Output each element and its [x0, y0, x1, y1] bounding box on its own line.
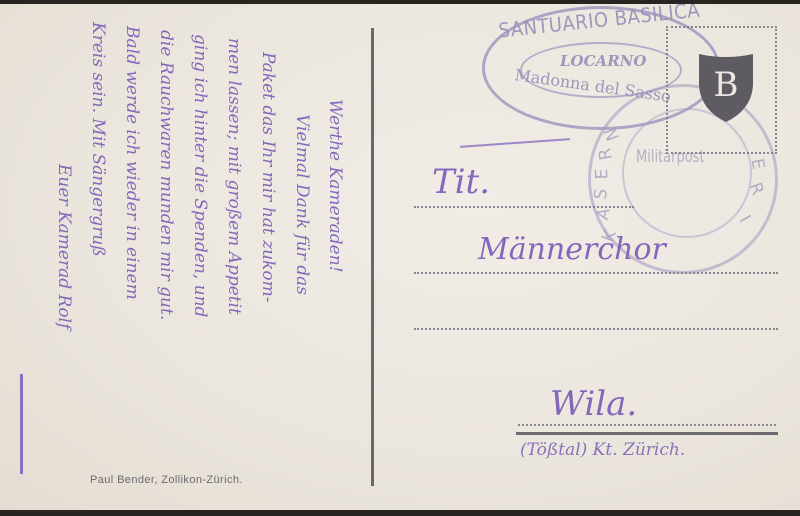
- postmark-letter: S: [591, 188, 612, 200]
- address-town: Wila.: [550, 384, 637, 424]
- address-title: Tit.: [432, 162, 490, 202]
- postmark-center-text: LOCARNO: [560, 52, 646, 70]
- address-region: (Tößtal) Kt. Zürich.: [520, 440, 685, 460]
- shield-logo-icon: B: [697, 52, 755, 124]
- address-underline: [516, 432, 778, 435]
- signature-underline: [20, 374, 23, 474]
- message-line: Euer Kamerad Rolf: [54, 164, 74, 329]
- message-line: ging ich hinter die Spenden, und: [190, 34, 210, 317]
- address-recipient: Männerchor: [478, 232, 666, 267]
- message-line: Bald werde ich wieder in einem: [122, 26, 142, 300]
- postcard: Werthe Kameraden! Vielmal Dank für das P…: [0, 4, 800, 510]
- address-line-4: [518, 424, 776, 426]
- address-line-3: [414, 328, 778, 330]
- message-line: men lassen; mit großem Appetit: [224, 38, 244, 315]
- postmark-letter: E: [592, 168, 612, 179]
- center-divider: [371, 28, 374, 486]
- message-line: Vielmal Dank für das: [292, 114, 312, 295]
- address-line-1: [414, 206, 634, 208]
- address-line-2: [414, 272, 778, 274]
- svg-text:B: B: [714, 65, 739, 105]
- title-flourish: [460, 138, 570, 148]
- message-line: Werthe Kameraden!: [325, 99, 345, 273]
- message-line: die Rauchwaren munden mir gut.: [156, 30, 176, 320]
- message-line: Paket das Ihr mir hat zukom-: [258, 52, 278, 302]
- publisher-imprint: Paul Bender, Zollikon-Zürich.: [90, 474, 243, 486]
- message-line: Kreis sein. Mit Sängergruß: [88, 22, 108, 257]
